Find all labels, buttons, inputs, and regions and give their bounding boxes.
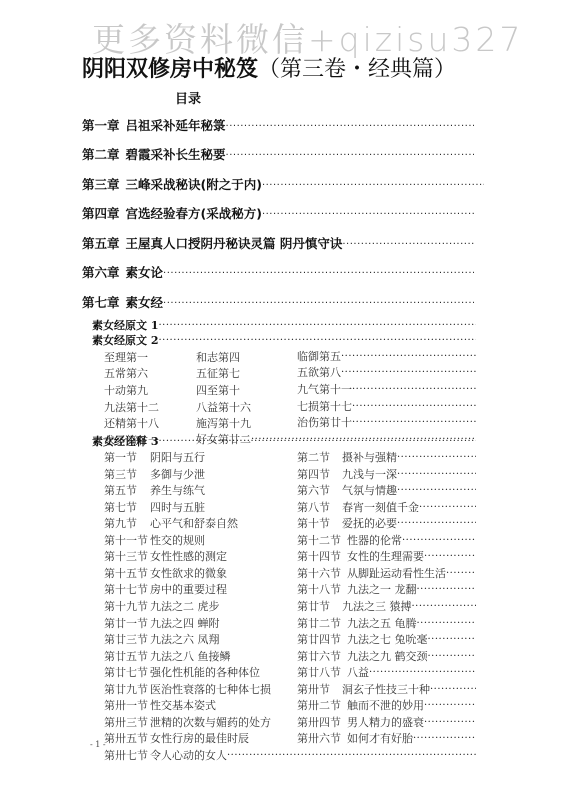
toc-subitem[interactable]: 四至第十 [196,382,240,398]
section-number: 第廿七节 [104,664,150,680]
toc-section[interactable]: 第廿四节九法之七 兔吮毫 [297,631,476,647]
toc-section[interactable]: 第卅三节泄精的次数与媚药的处方 [104,714,294,730]
section-number: 第四节 [297,466,342,482]
section-title: 泄精的次数与媚药的处方 [150,714,271,730]
leader-dots [417,585,477,597]
toc-section[interactable]: 第十六节从脚趾运动看性生活 [297,565,476,581]
leader-dots [262,181,484,193]
section-title: 九法之八 鱼接鳞 [150,648,231,664]
toc-section[interactable]: 第八节春宵一刻值千金 [297,499,476,515]
toc-section[interactable]: 第十七节房中的重要过程 [104,581,294,597]
document-title-main: 阴阳双修房中秘笈 [82,57,258,82]
toc-chapter-1[interactable]: 第一章 吕祖采补延年秘箓 [82,116,474,134]
section-title: 心平气和舒泰自然 [150,515,238,531]
section-title: 九法之二 虎步 [150,598,220,614]
toc-section[interactable]: 第六节气氛与情趣 [297,482,476,498]
toc-subitem[interactable]: 五征第七 [196,365,240,381]
section-title: 九法之四 蝉附 [150,615,220,631]
subitem-title: 临御第五 [297,348,341,364]
toc-section[interactable]: 第廿九节医治性衰落的七种体七损 [104,681,294,697]
section-title: 强化性机能的各种体位 [150,664,260,680]
leader-dots [352,385,476,397]
leader-dots [341,368,476,380]
section-number: 第十二节 [297,532,347,548]
section-number: 第十五节 [104,565,150,581]
toc-subitem[interactable]: 和志第四 [196,349,240,365]
leader-dots [424,552,476,564]
toc-section[interactable]: 第卅一节性交基本姿式 [104,697,294,713]
chapter-number: 第五章 [82,234,120,252]
section-title: 气氛与情趣 [342,482,397,498]
section-number: 第十四节 [297,548,347,564]
section-title: 女性行房的最佳时辰 [150,730,249,746]
toc-section[interactable]: 第十三节女性性感的测定 [104,548,294,564]
section-title: 性器的伦常 [347,532,402,548]
leader-dots [226,122,474,134]
toc-section[interactable]: 第廿七节强化性机能的各种体位 [104,664,294,680]
section-title: 摄补与强精 [342,449,397,465]
section-number: 第卅节 [297,681,342,697]
leader-dots [352,418,476,430]
toc-section[interactable]: 第十九节九法之二 虎步 [104,598,294,614]
toc-section[interactable]: 第十八节九法之一 龙翻 [297,581,476,597]
section-number: 第卅四节 [297,714,347,730]
toc-chapter-6[interactable]: 第六章 素女论 [82,263,474,281]
section-number: 第廿八节 [297,664,347,680]
section-title: 九法之五 龟腾 [347,615,417,631]
leader-dots [227,751,476,763]
toc-section[interactable]: 第十一节性交的规则 [104,532,294,548]
toc-subitem[interactable]: 八益第十六 [196,399,251,415]
leader-dots [397,453,476,465]
chapter-number: 第三章 [82,175,120,193]
section-title: 八益 [347,664,369,680]
section-title: 医治性衰落的七种体七损 [150,681,271,697]
section-number: 第十节 [297,515,342,531]
section-number: 第十一节 [104,532,150,548]
section-number: 第十九节 [104,598,150,614]
section-title: 如何才有好胎 [347,730,413,746]
leader-dots [412,602,477,614]
section-number: 第廿节 [297,598,342,614]
toc-section[interactable]: 第卅四节男人精力的盛衰 [297,714,476,730]
section-number: 第五节 [104,482,150,498]
toc-part-3[interactable]: 素女经诠释 3 [92,434,476,449]
section-number: 第三节 [104,466,150,482]
section-title: 女性的生理需要 [347,548,424,564]
toc-section[interactable]: 第五节养生与练气 [104,482,294,498]
chapter-number: 第一章 [82,116,120,134]
toc-heading: 目录 [175,88,201,107]
toc-section[interactable]: 第十四节女性的生理需要 [297,548,476,564]
toc-section[interactable]: 第二节摄补与强精 [297,449,476,465]
section-number: 第十六节 [297,565,347,581]
toc-subitem[interactable]: 七损第十七 [297,398,476,414]
chapter-number: 第四章 [82,204,120,222]
section-number: 第九节 [104,515,150,531]
section-title: 令人心动的女人 [150,747,227,763]
leader-dots [397,486,476,498]
subitem-title: 九气第十一 [297,381,352,397]
section-number: 第廿二节 [297,615,347,631]
toc-section[interactable]: 第卅七节令人心动的女人 [104,747,476,763]
toc-section[interactable]: 第廿一节九法之四 蝉附 [104,615,294,631]
leader-dots [402,536,476,548]
section-number: 第一节 [104,449,150,465]
subitem-title: 治伤第廿十 [297,414,352,430]
toc-section[interactable]: 第十五节女性欲求的微象 [104,565,294,581]
section-number: 第六节 [297,482,342,498]
toc-subitem[interactable]: 五常第六 [104,365,148,381]
section-title: 性交基本姿式 [150,697,216,713]
leader-dots [446,569,476,581]
section-title: 阴阳与五行 [150,449,205,465]
part-title: 素女经诠释 3 [92,434,158,449]
toc-section[interactable]: 第廿五节九法之八 鱼接鳞 [104,648,294,664]
toc-section[interactable]: 第廿八节八益 [297,664,476,680]
leader-dots [158,321,476,333]
leader-dots [342,240,474,252]
toc-chapter-7[interactable]: 第七章 素女经 [82,293,474,311]
section-title: 九浅与一深 [342,466,397,482]
leader-dots [226,151,474,163]
toc-chapter-5[interactable]: 第五章 王屋真人口授阴丹秘诀灵篇 阴丹慎守诀 [82,234,474,252]
section-number: 第廿五节 [104,648,150,664]
leader-dots [413,734,476,746]
section-number: 第卅六节 [297,730,347,746]
page-number: - 1 - [90,740,106,749]
section-number: 第十八节 [297,581,347,597]
section-title: 触而不泄的妙用 [347,697,424,713]
toc-section[interactable]: 第三节多御与少泄 [104,466,294,482]
chapter-number: 第二章 [82,145,120,163]
toc-subitem[interactable]: 还精第十八 [104,415,159,431]
section-title: 女性欲求的微象 [150,565,227,581]
document-title: 阴阳双修房中秘笈（第三卷・经典篇） [82,52,456,83]
chapter-title: 三峰采战秘诀(附之于内) [126,175,262,193]
section-number: 第廿一节 [104,615,150,631]
leader-dots [419,503,476,515]
chapter-title: 王屋真人口授阴丹秘诀灵篇 阴丹慎守诀 [126,234,343,252]
section-number: 第卅一节 [104,697,150,713]
toc-section[interactable]: 第四节九浅与一深 [297,466,476,482]
leader-dots [158,336,476,348]
toc-subitem[interactable]: 施泻第十九 [196,415,251,431]
section-number: 第七节 [104,499,150,515]
section-number: 第卅二节 [297,697,347,713]
leader-dots [369,668,476,680]
section-title: 房中的重要过程 [150,581,227,597]
toc-section[interactable]: 第廿二节九法之五 龟腾 [297,615,476,631]
leader-dots [163,299,474,311]
toc-section[interactable]: 第廿三节九法之六 凤翔 [104,631,294,647]
toc-subitem[interactable]: 临御第五 [297,348,476,364]
leader-dots [163,269,474,281]
section-number: 第廿六节 [297,648,347,664]
section-title: 养生与练气 [150,482,205,498]
toc-part-1[interactable]: 素女经原文 1 [92,318,476,333]
section-title: 洞玄子性技三十种 [342,681,430,697]
chapter-title: 素女经 [126,293,164,311]
leader-dots [424,701,476,713]
leader-dots [428,635,477,647]
toc-subitem[interactable]: 九法第十二 [104,399,159,415]
chapter-title: 宫选经验春方(采战秘方) [126,204,262,222]
section-number: 第八节 [297,499,342,515]
subitem-title: 五欲第八 [297,364,341,380]
toc-section[interactable]: 第卅五节女性行房的最佳时辰 [104,730,294,746]
section-title: 九法之九 鹤交颈 [347,648,428,664]
toc-section[interactable]: 第廿节九法之三 猿搏 [297,598,476,614]
toc-subitem[interactable]: 九气第十一 [297,381,476,397]
toc-subitem[interactable]: 至理第一 [104,349,148,365]
toc-chapter-4[interactable]: 第四章 宫选经验春方(采战秘方) [82,204,474,222]
toc-section[interactable]: 第十节爱抚的必要 [297,515,476,531]
chapter-title: 素女论 [126,263,164,281]
chapter-number: 第七章 [82,293,120,311]
section-title: 九法之三 猿搏 [342,598,412,614]
toc-chapter-2[interactable]: 第二章 碧霞采补长生秘要 [82,145,474,163]
section-number: 第十七节 [104,581,150,597]
leader-dots [158,437,476,449]
section-title: 九法之六 凤翔 [150,631,220,647]
section-number: 第卅七节 [104,747,150,763]
toc-chapter-3[interactable]: 第三章 三峰采战秘诀(附之于内) [82,175,484,193]
chapter-title: 吕祖采补延年秘箓 [126,116,226,134]
leader-dots [417,619,477,631]
leader-dots [397,519,476,531]
section-title: 男人精力的盛衰 [347,714,424,730]
toc-part-2[interactable]: 素女经原文 2 [92,333,476,348]
section-number: 第十三节 [104,548,150,564]
part-title: 素女经原文 2 [92,333,158,348]
chapter-number: 第六章 [82,263,120,281]
chapter-title: 碧霞采补长生秘要 [126,145,226,163]
section-number: 第二节 [297,449,342,465]
section-title: 性交的规则 [150,532,205,548]
section-number: 第廿四节 [297,631,347,647]
section-title: 多御与少泄 [150,466,205,482]
section-title: 春宵一刻值千金 [342,499,419,515]
toc-section[interactable]: 第卅节洞玄子性技三十种 [297,681,476,697]
document-title-sub: （第三卷・经典篇） [258,57,456,82]
toc-subitem[interactable]: 十动第九 [104,382,148,398]
toc-section[interactable]: 第九节心平气和舒泰自然 [104,515,294,531]
section-title: 女性性感的测定 [150,548,227,564]
toc-section[interactable]: 第十二节性器的伦常 [297,532,476,548]
section-number: 第卅五节 [104,730,150,746]
leader-dots [424,718,476,730]
section-title: 九法之一 龙翻 [347,581,417,597]
toc-section[interactable]: 第卅二节触而不泄的妙用 [297,697,476,713]
toc-subitem[interactable]: 治伤第廿十 [297,414,476,430]
leader-dots [262,210,474,222]
section-title: 爱抚的必要 [342,515,397,531]
toc-subitem[interactable]: 五欲第八 [297,364,476,380]
toc-section[interactable]: 第七节四时与五脏 [104,499,294,515]
leader-dots [397,470,476,482]
section-title: 四时与五脏 [150,499,205,515]
section-title: 九法之七 兔吮毫 [347,631,428,647]
leader-dots [341,352,476,364]
toc-section[interactable]: 第卅六节如何才有好胎 [297,730,476,746]
leader-dots [352,402,476,414]
subitem-title: 七损第十七 [297,398,352,414]
section-number: 第卅三节 [104,714,150,730]
section-number: 第廿九节 [104,681,150,697]
leader-dots [430,685,476,697]
toc-section[interactable]: 第廿六节九法之九 鹤交颈 [297,648,476,664]
section-title: 从脚趾运动看性生活 [347,565,446,581]
leader-dots [428,652,477,664]
part-title: 素女经原文 1 [92,318,158,333]
toc-section[interactable]: 第一节阴阳与五行 [104,449,294,465]
section-number: 第廿三节 [104,631,150,647]
